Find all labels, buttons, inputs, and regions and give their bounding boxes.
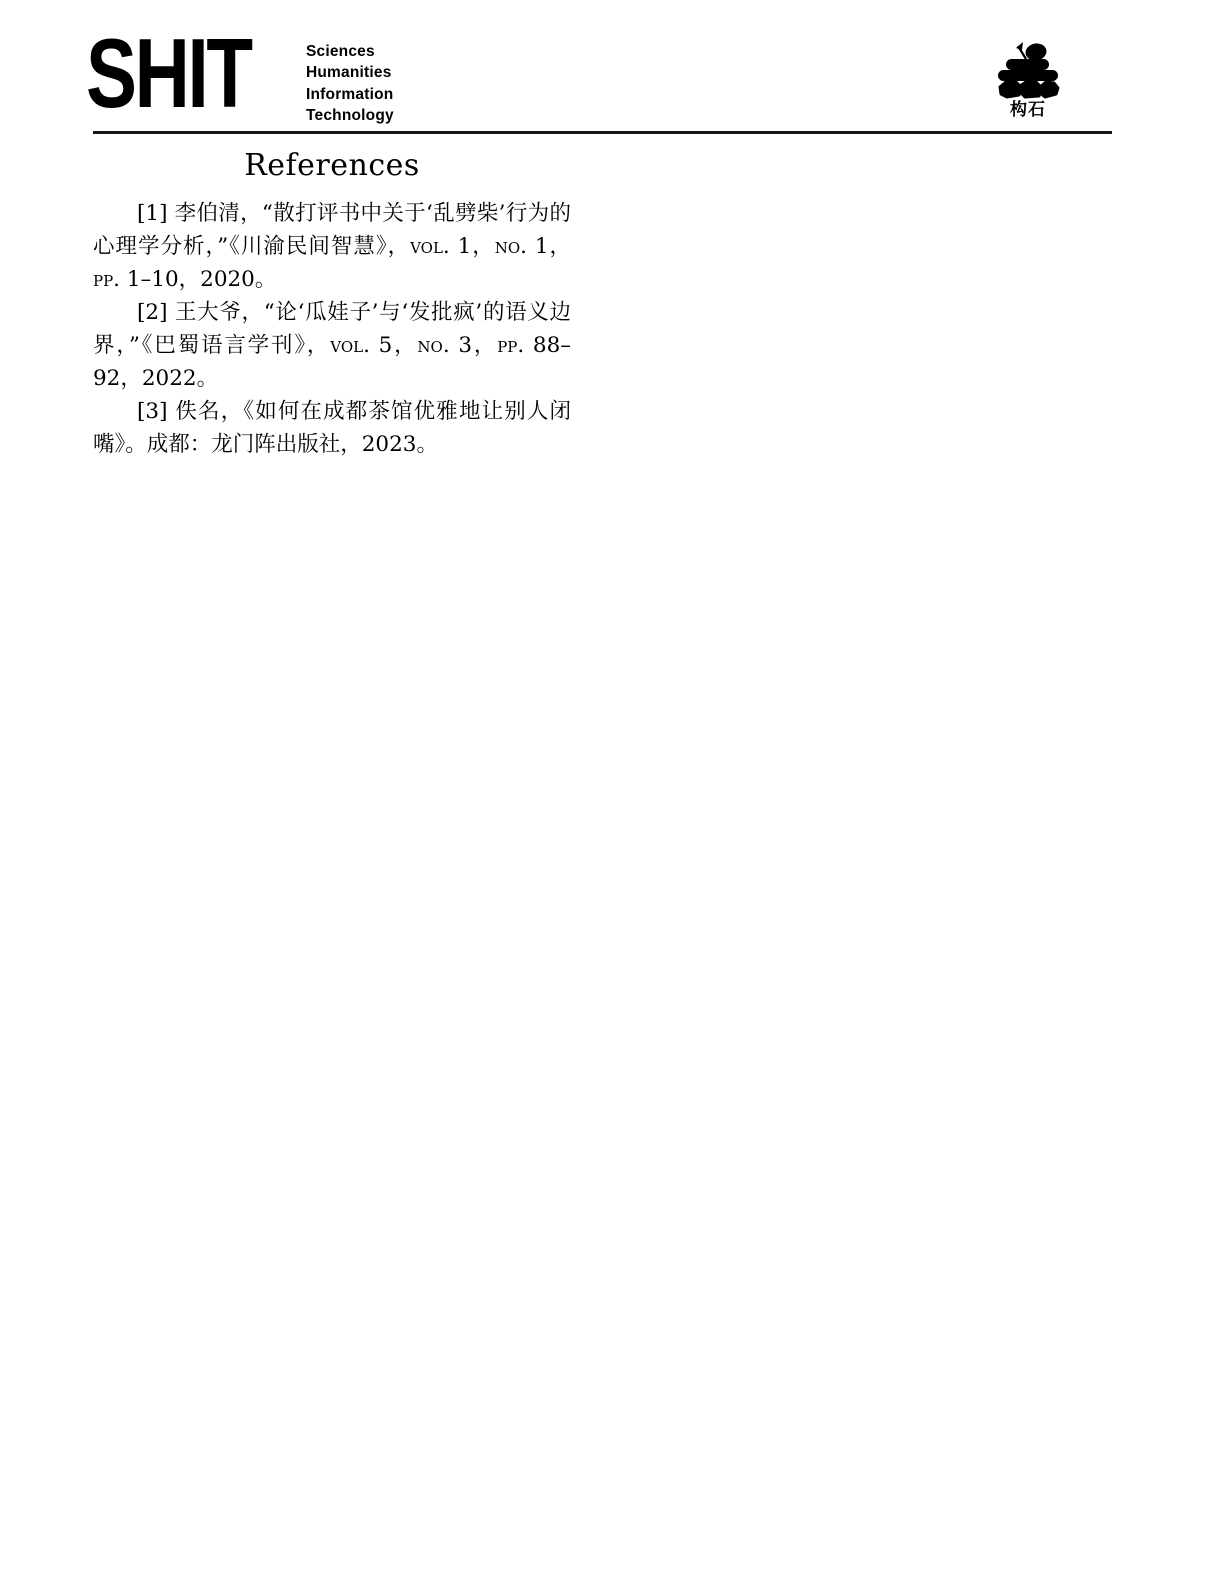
stone-cairn-icon	[995, 42, 1061, 100]
logo-subtitle-line: Information	[306, 84, 394, 105]
reference-item: [2] 王大爷，“论‘瓜娃子’与‘发批疯’的语义边界，”《巴蜀语言学刊》，vol…	[93, 296, 571, 395]
publisher-badge-label: 构石	[990, 101, 1066, 120]
journal-logo-text: SHIT	[86, 24, 251, 122]
section-title: References	[93, 149, 571, 183]
references-column: References [1] 李伯清，“散打评书中关于‘乱劈柴’行为的心理学分析…	[93, 149, 571, 461]
document-page: SHIT Sciences Humanities Information Tec…	[0, 0, 1224, 1584]
logo-subtitle-line: Humanities	[306, 62, 394, 83]
reference-item: [3] 佚名，《如何在成都茶馆优雅地让别人闭嘴》。成都：龙门阵出版社，2023。	[93, 395, 571, 461]
journal-logo-subtitle: Sciences Humanities Information Technolo…	[306, 41, 394, 126]
publisher-badge: 构石	[990, 42, 1066, 120]
logo-subtitle-line: Technology	[306, 105, 394, 126]
logo-subtitle-line: Sciences	[306, 41, 394, 62]
header-divider	[93, 131, 1112, 134]
reference-item: [1] 李伯清，“散打评书中关于‘乱劈柴’行为的心理学分析，”《川渝民间智慧》，…	[93, 197, 571, 296]
